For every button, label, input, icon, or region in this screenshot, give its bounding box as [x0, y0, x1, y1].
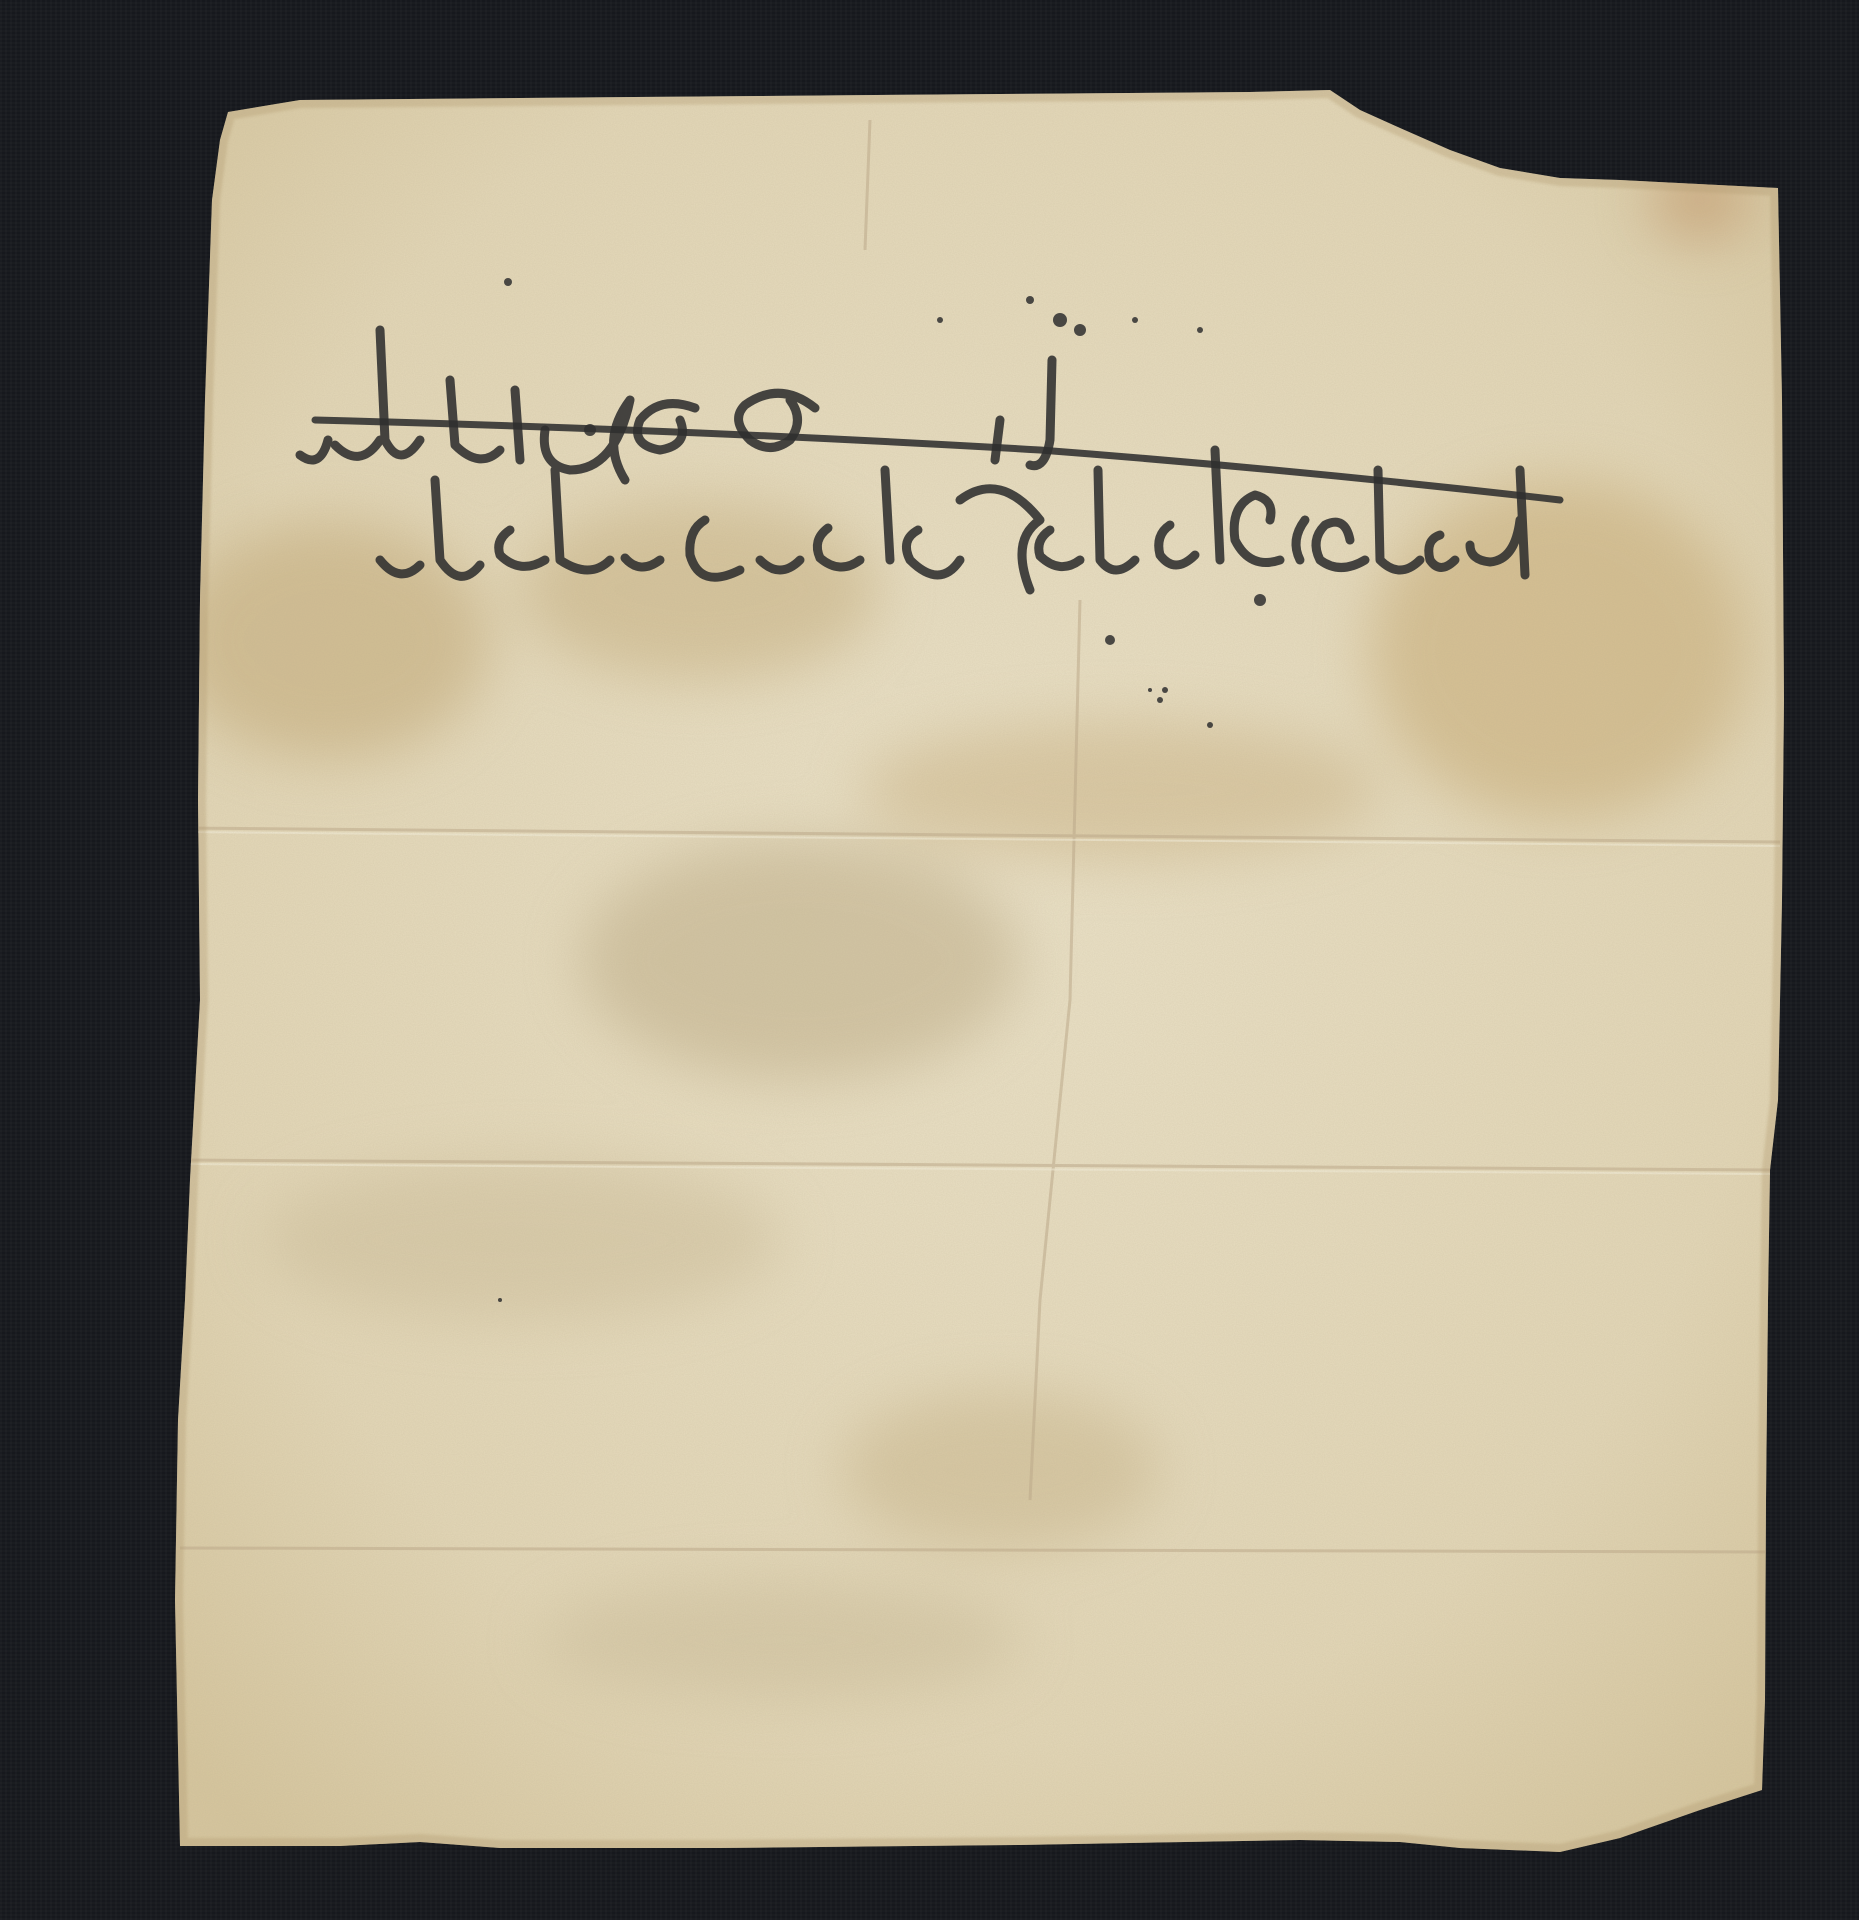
document-photo: [handwritten line, struck through — ille… — [0, 0, 1859, 1920]
manuscript-paper — [0, 0, 1859, 1920]
